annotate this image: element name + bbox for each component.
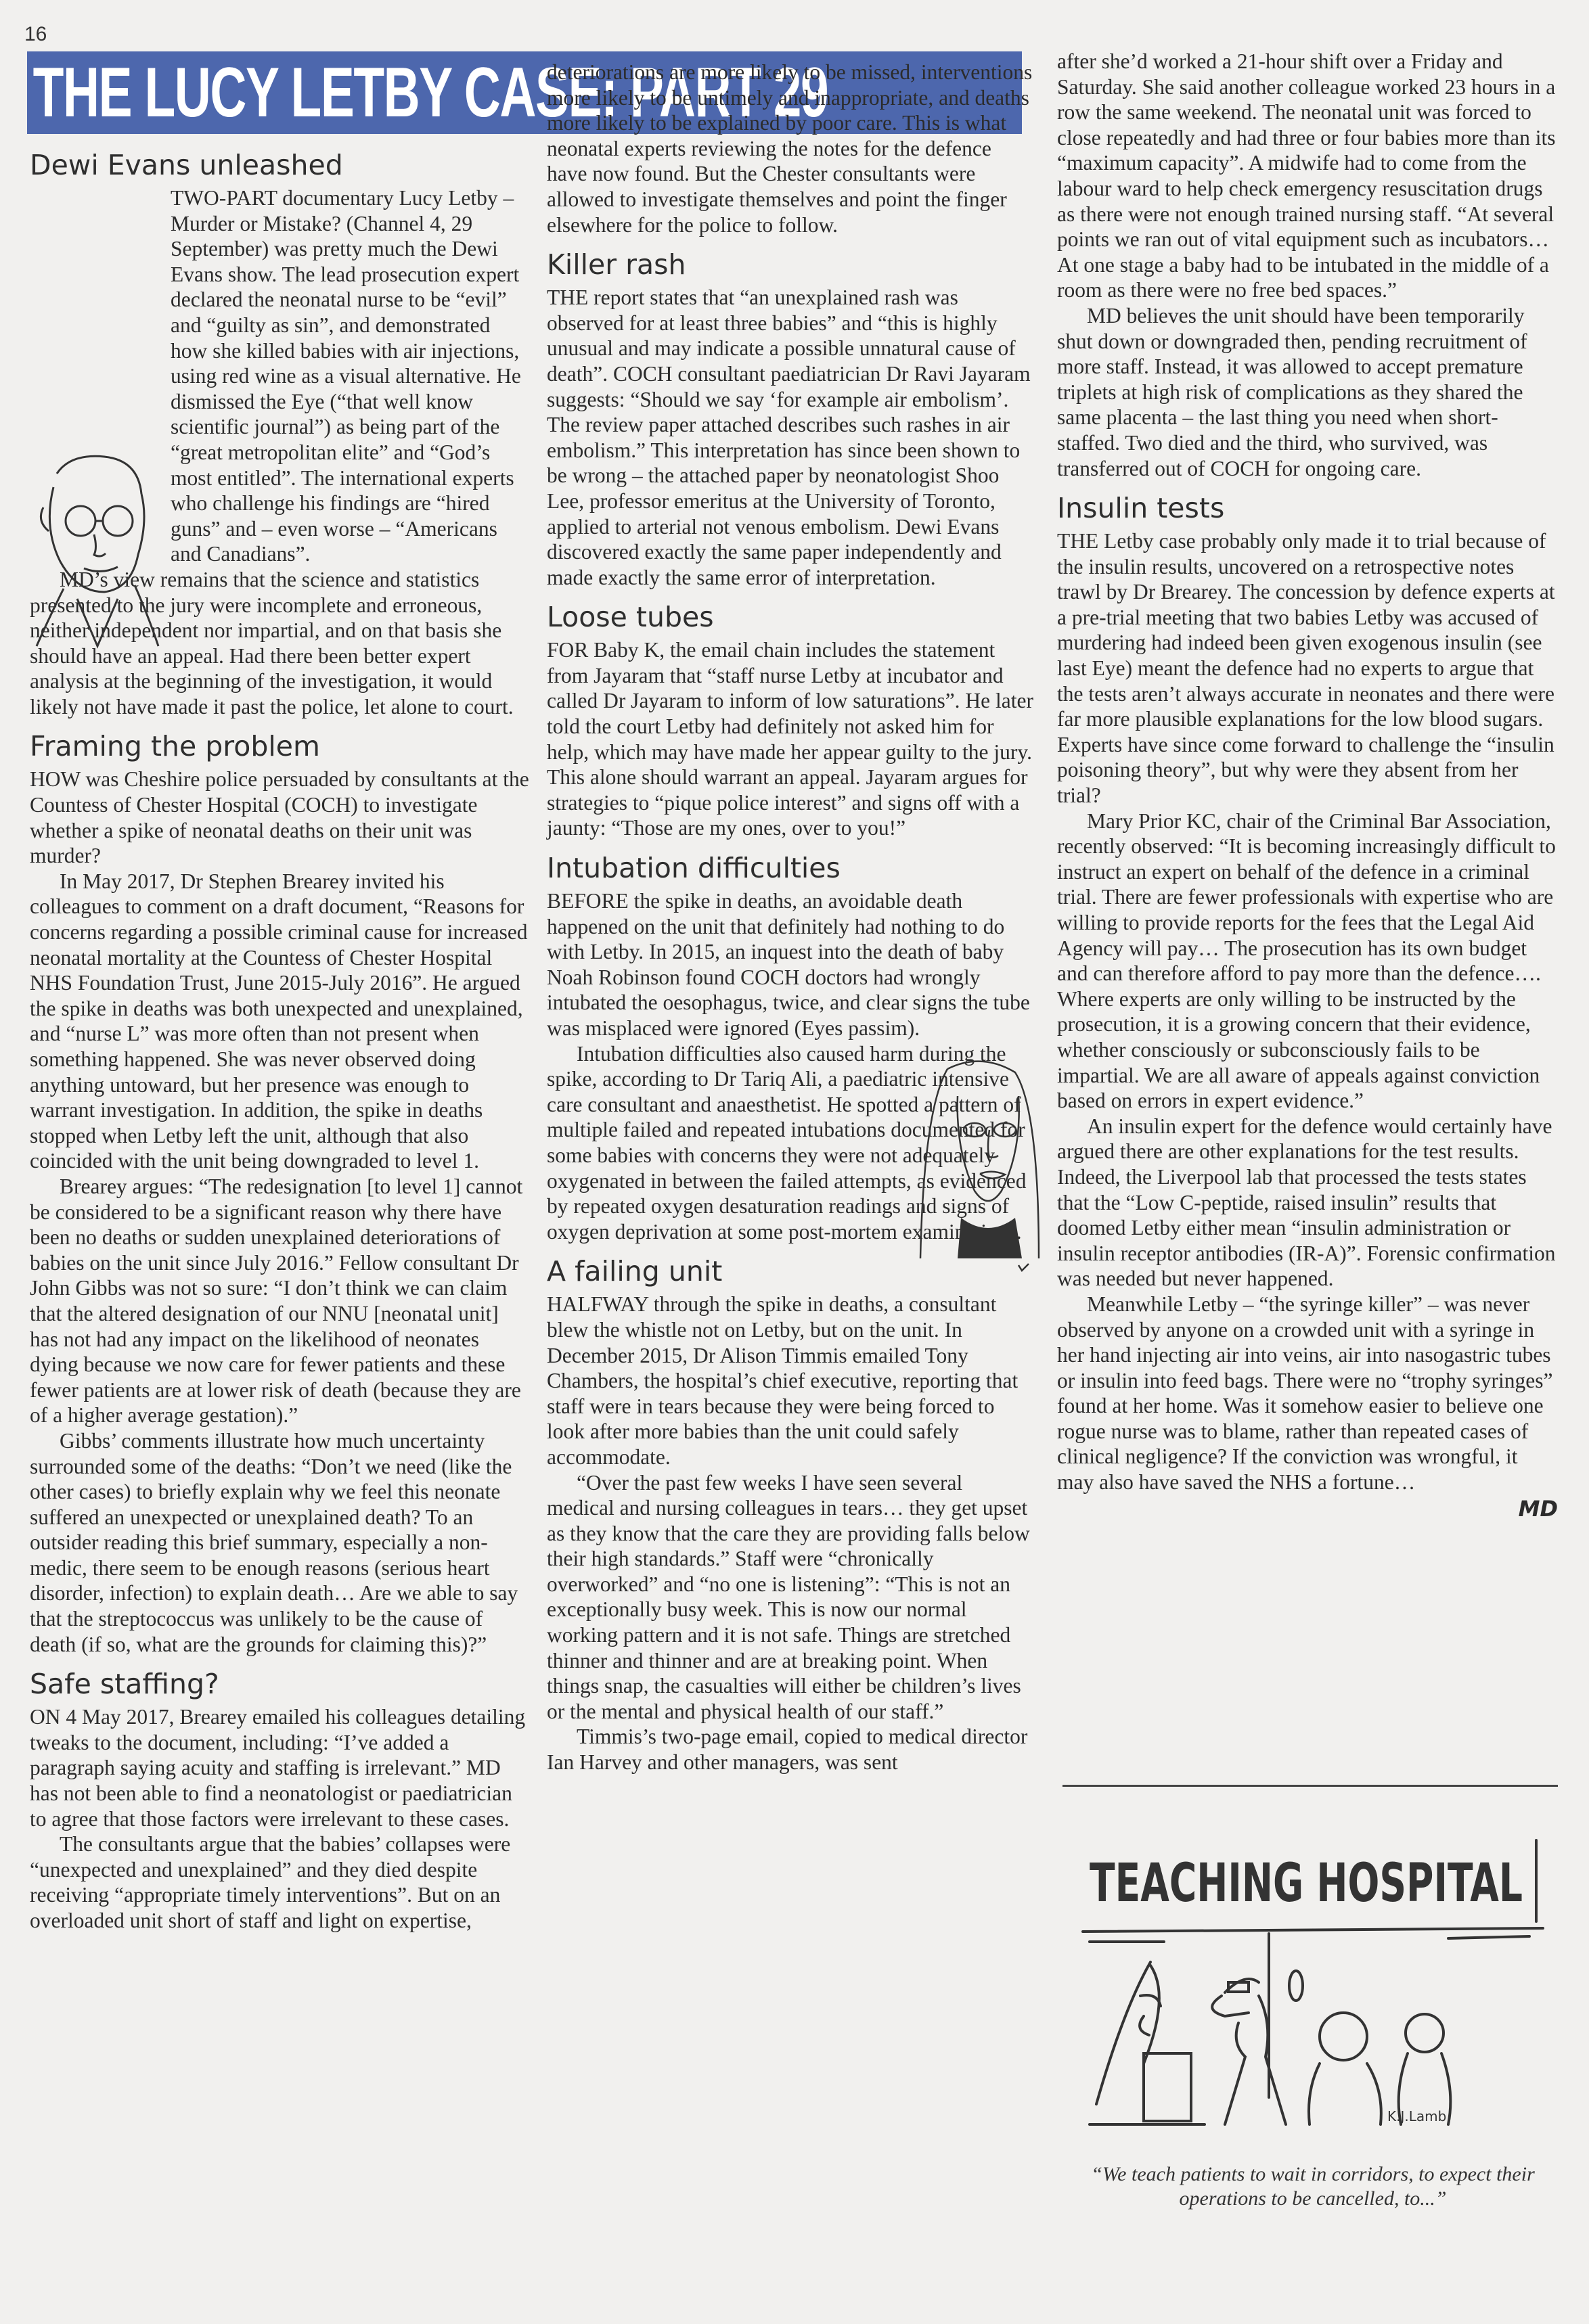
paragraph: Timmis’s two-page email, copied to medic… [547,1724,1034,1775]
paragraph: “Over the past few weeks I have seen sev… [547,1470,1034,1725]
paragraph: deteriorations are more likely to be mis… [547,60,1034,237]
paragraph: Mary Prior KC, chair of the Criminal Bar… [1057,808,1558,1114]
author-signoff: MD [1057,1497,1558,1522]
paragraph: Meanwhile Letby – “the syringe killer” –… [1057,1292,1558,1495]
cartoon-artist-signature: K.J.Lamb [1387,2108,1446,2124]
paragraph: HOW was Cheshire police persuaded by con… [30,767,531,868]
heading-killer-rash: Killer rash [547,247,1034,282]
paragraph: after she’d worked a 21-hour shift over … [1057,49,1558,303]
cartoon-caption: “We teach patients to wait in corridors,… [1076,2162,1550,2211]
heading-loose-tubes: Loose tubes [547,599,1034,635]
divider-rule [1062,1785,1558,1787]
paragraph: FOR Baby K, the email chain includes the… [547,637,1034,841]
paragraph: MD believes the unit should have been te… [1057,303,1558,481]
paragraph: THE report states that “an unexplained r… [547,285,1034,590]
teaching-hospital-cartoon: TEACHING HOSPITAL K.J.Lamb [1069,1820,1557,2131]
paragraph: THE Letby case probably only made it to … [1057,528,1558,808]
paragraph: An insulin expert for the defence would … [1057,1114,1558,1292]
column-1: Dewi Evans unleashed TWO-PART documentar… [30,147,531,1934]
cartoon-sign-text: TEACHING HOSPITAL [1090,1853,1523,1914]
dewi-evans-caricature-icon [30,447,165,650]
paragraph: The consultants argue that the babies’ c… [30,1831,531,1933]
heading-intubation-difficulties: Intubation difficulties [547,850,1034,886]
heading-framing-the-problem: Framing the problem [30,729,531,764]
paragraph: ON 4 May 2017, Brearey emailed his colle… [30,1704,531,1831]
column-2: deteriorations are more likely to be mis… [547,60,1034,1775]
page-number: 16 [24,23,47,46]
column-3: after she’d worked a 21-hour shift over … [1057,49,1558,1522]
paragraph: HALFWAY through the spike in deaths, a c… [547,1292,1034,1469]
heading-dewi-evans-unleashed: Dewi Evans unleashed [30,147,531,183]
heading-insulin-tests: Insulin tests [1057,491,1558,526]
paragraph-text: TWO-PART documentary Lucy Letby – Murder… [171,186,521,566]
lucy-letby-caricature-icon [907,1055,1052,1272]
paragraph: Gibbs’ comments illustrate how much unce… [30,1428,531,1657]
paragraph: Brearey argues: “The redesignation [to l… [30,1174,531,1428]
paragraph: BEFORE the spike in deaths, an avoidable… [547,888,1034,1041]
paragraph: In May 2017, Dr Stephen Brearey invited … [30,869,531,1174]
heading-safe-staffing: Safe staffing? [30,1666,531,1702]
